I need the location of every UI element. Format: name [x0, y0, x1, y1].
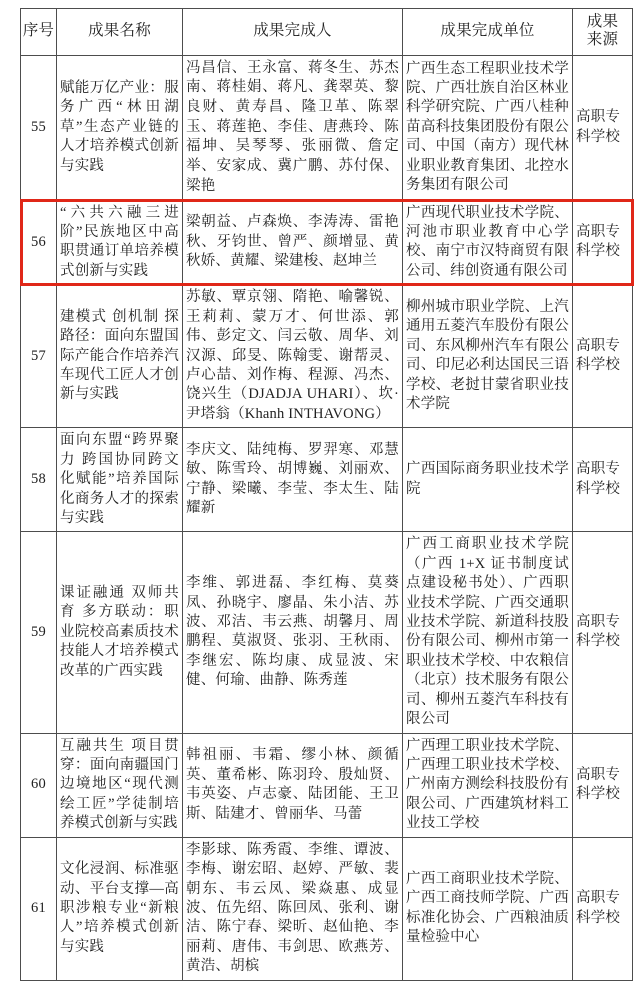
achievement-name: 建模式 创机制 探路径：面向东盟国际产能合作培养汽车现代工匠人才创新与实践	[57, 285, 183, 428]
achievement-units: 柳州城市职业学院、上汽通用五菱汽车股份有限公司、东风柳州汽车有限公司、印尼必利达…	[403, 285, 573, 428]
header-name: 成果名称	[57, 9, 183, 56]
document-page: 序号 成果名称 成果完成人 成果完成单位 成果来源 55 赋能万亿产业：服务广西…	[0, 0, 639, 981]
achievement-name: 互融共生 项目贯穿：面向南疆国门边境地区“现代测绘工匠”学徒制培养模式创新与实践	[57, 733, 183, 837]
header-id: 序号	[21, 9, 57, 56]
achievement-name: 文化浸润、标准驱动、平台支撑—高职涉粮专业“新粮人”培养模式创新与实践	[57, 837, 183, 980]
achievement-name: 面向东盟“跨界聚力 跨国协同跨文化赋能”培养国际化商务人才的探索与实践	[57, 428, 183, 532]
table-row: 58 面向东盟“跨界聚力 跨国协同跨文化赋能”培养国际化商务人才的探索与实践 李…	[21, 428, 633, 532]
achievement-people: 苏敏、覃京翎、隋艳、喻馨锐、王莉莉、蒙万才、何世添、郭伟、彭定文、闫云敬、周华、…	[183, 285, 403, 428]
achievement-people: 李维、郭进磊、李红梅、莫葵凤、孙晓宇、廖晶、朱小洁、苏波、邓洁、韦云燕、胡馨月、…	[183, 532, 403, 733]
header-source: 成果来源	[573, 9, 633, 56]
achievement-source: 高职专科学校	[573, 532, 633, 733]
achievement-source: 高职专科学校	[573, 200, 633, 285]
achievement-source: 高职专科学校	[573, 55, 633, 200]
achievement-units: 广西工商职业技术学院、广西工商技师学院、广西标准化协会、广西粮油质量检验中心	[403, 837, 573, 980]
header-people: 成果完成人	[183, 9, 403, 56]
table-row: 59 课证融通 双师共育 多方联动：职业院校高素质技术技能人才培养模式改革的广西…	[21, 532, 633, 733]
achievement-people: 冯昌信、王永富、蒋冬生、苏杰南、蒋桂娟、蒋凡、龚翠英、黎良财、黄寿昌、隆卫革、陈…	[183, 55, 403, 200]
table-row: 57 建模式 创机制 探路径：面向东盟国际产能合作培养汽车现代工匠人才创新与实践…	[21, 285, 633, 428]
achievement-name: “六共六融三进阶”民族地区中高职贯通订单培养模式创新与实践	[57, 200, 183, 285]
table-header-row: 序号 成果名称 成果完成人 成果完成单位 成果来源	[21, 9, 633, 56]
achievement-source: 高职专科学校	[573, 285, 633, 428]
achievement-source: 高职专科学校	[573, 733, 633, 837]
achievement-people: 李庆文、陆纯梅、罗羿寒、邓慧敏、陈雪玲、胡博巍、刘丽欢、宁静、梁曦、李莹、李太生…	[183, 428, 403, 532]
row-id: 60	[21, 733, 57, 837]
header-source-label: 成果来源	[585, 13, 619, 49]
achievement-people: 韩祖丽、韦霜、缪小林、颜循英、董希彬、陈羽玲、殷灿贤、韦英姿、卢志豪、陆团能、王…	[183, 733, 403, 837]
achievement-people: 梁朝益、卢森焕、李涛涛、雷艳秋、牙钧世、曾严、颜增显、黄秋娇、黄耀、梁建梭、赵坤…	[183, 200, 403, 285]
row-id: 61	[21, 837, 57, 980]
achievement-units: 广西生态工程职业技术学院、广西壮族自治区林业科学研究院、广西八桂种苗高科技集团股…	[403, 55, 573, 200]
row-id: 58	[21, 428, 57, 532]
table-row: 55 赋能万亿产业：服务广西“林田湖草”生态产业链的人才培养模式创新与实践 冯昌…	[21, 55, 633, 200]
row-id: 59	[21, 532, 57, 733]
row-id: 57	[21, 285, 57, 428]
row-id: 55	[21, 55, 57, 200]
achievement-name: 课证融通 双师共育 多方联动：职业院校高素质技术技能人才培养模式改革的广西实践	[57, 532, 183, 733]
row-id: 56	[21, 200, 57, 285]
table-row: 61 文化浸润、标准驱动、平台支撑—高职涉粮专业“新粮人”培养模式创新与实践 李…	[21, 837, 633, 980]
achievement-units: 广西理工职业技术学院、广西理工职业技术学校、广州南方测绘科技股份有限公司、广西建…	[403, 733, 573, 837]
table-row: 60 互融共生 项目贯穿：面向南疆国门边境地区“现代测绘工匠”学徒制培养模式创新…	[21, 733, 633, 837]
achievement-source: 高职专科学校	[573, 428, 633, 532]
achievement-people: 李影球、陈秀霞、李维、谭波、李梅、谢宏昭、赵婷、严敏、裴朝东、韦云凤、梁焱惠、成…	[183, 837, 403, 980]
achievements-table: 序号 成果名称 成果完成人 成果完成单位 成果来源 55 赋能万亿产业：服务广西…	[20, 8, 633, 981]
header-units: 成果完成单位	[403, 9, 573, 56]
table-row-highlighted: 56 “六共六融三进阶”民族地区中高职贯通订单培养模式创新与实践 梁朝益、卢森焕…	[21, 200, 633, 285]
achievement-source: 高职专科学校	[573, 837, 633, 980]
achievement-name: 赋能万亿产业：服务广西“林田湖草”生态产业链的人才培养模式创新与实践	[57, 55, 183, 200]
achievement-units: 广西国际商务职业技术学院	[403, 428, 573, 532]
achievement-units: 广西工商职业技术学院（广西 1+X 证书制度试点建设秘书处）、广西职业技术学院、…	[403, 532, 573, 733]
achievement-units: 广西现代职业技术学院、河池市职业教育中心学校、南宁市汉特商贸有限公司、纬创资通有…	[403, 200, 573, 285]
